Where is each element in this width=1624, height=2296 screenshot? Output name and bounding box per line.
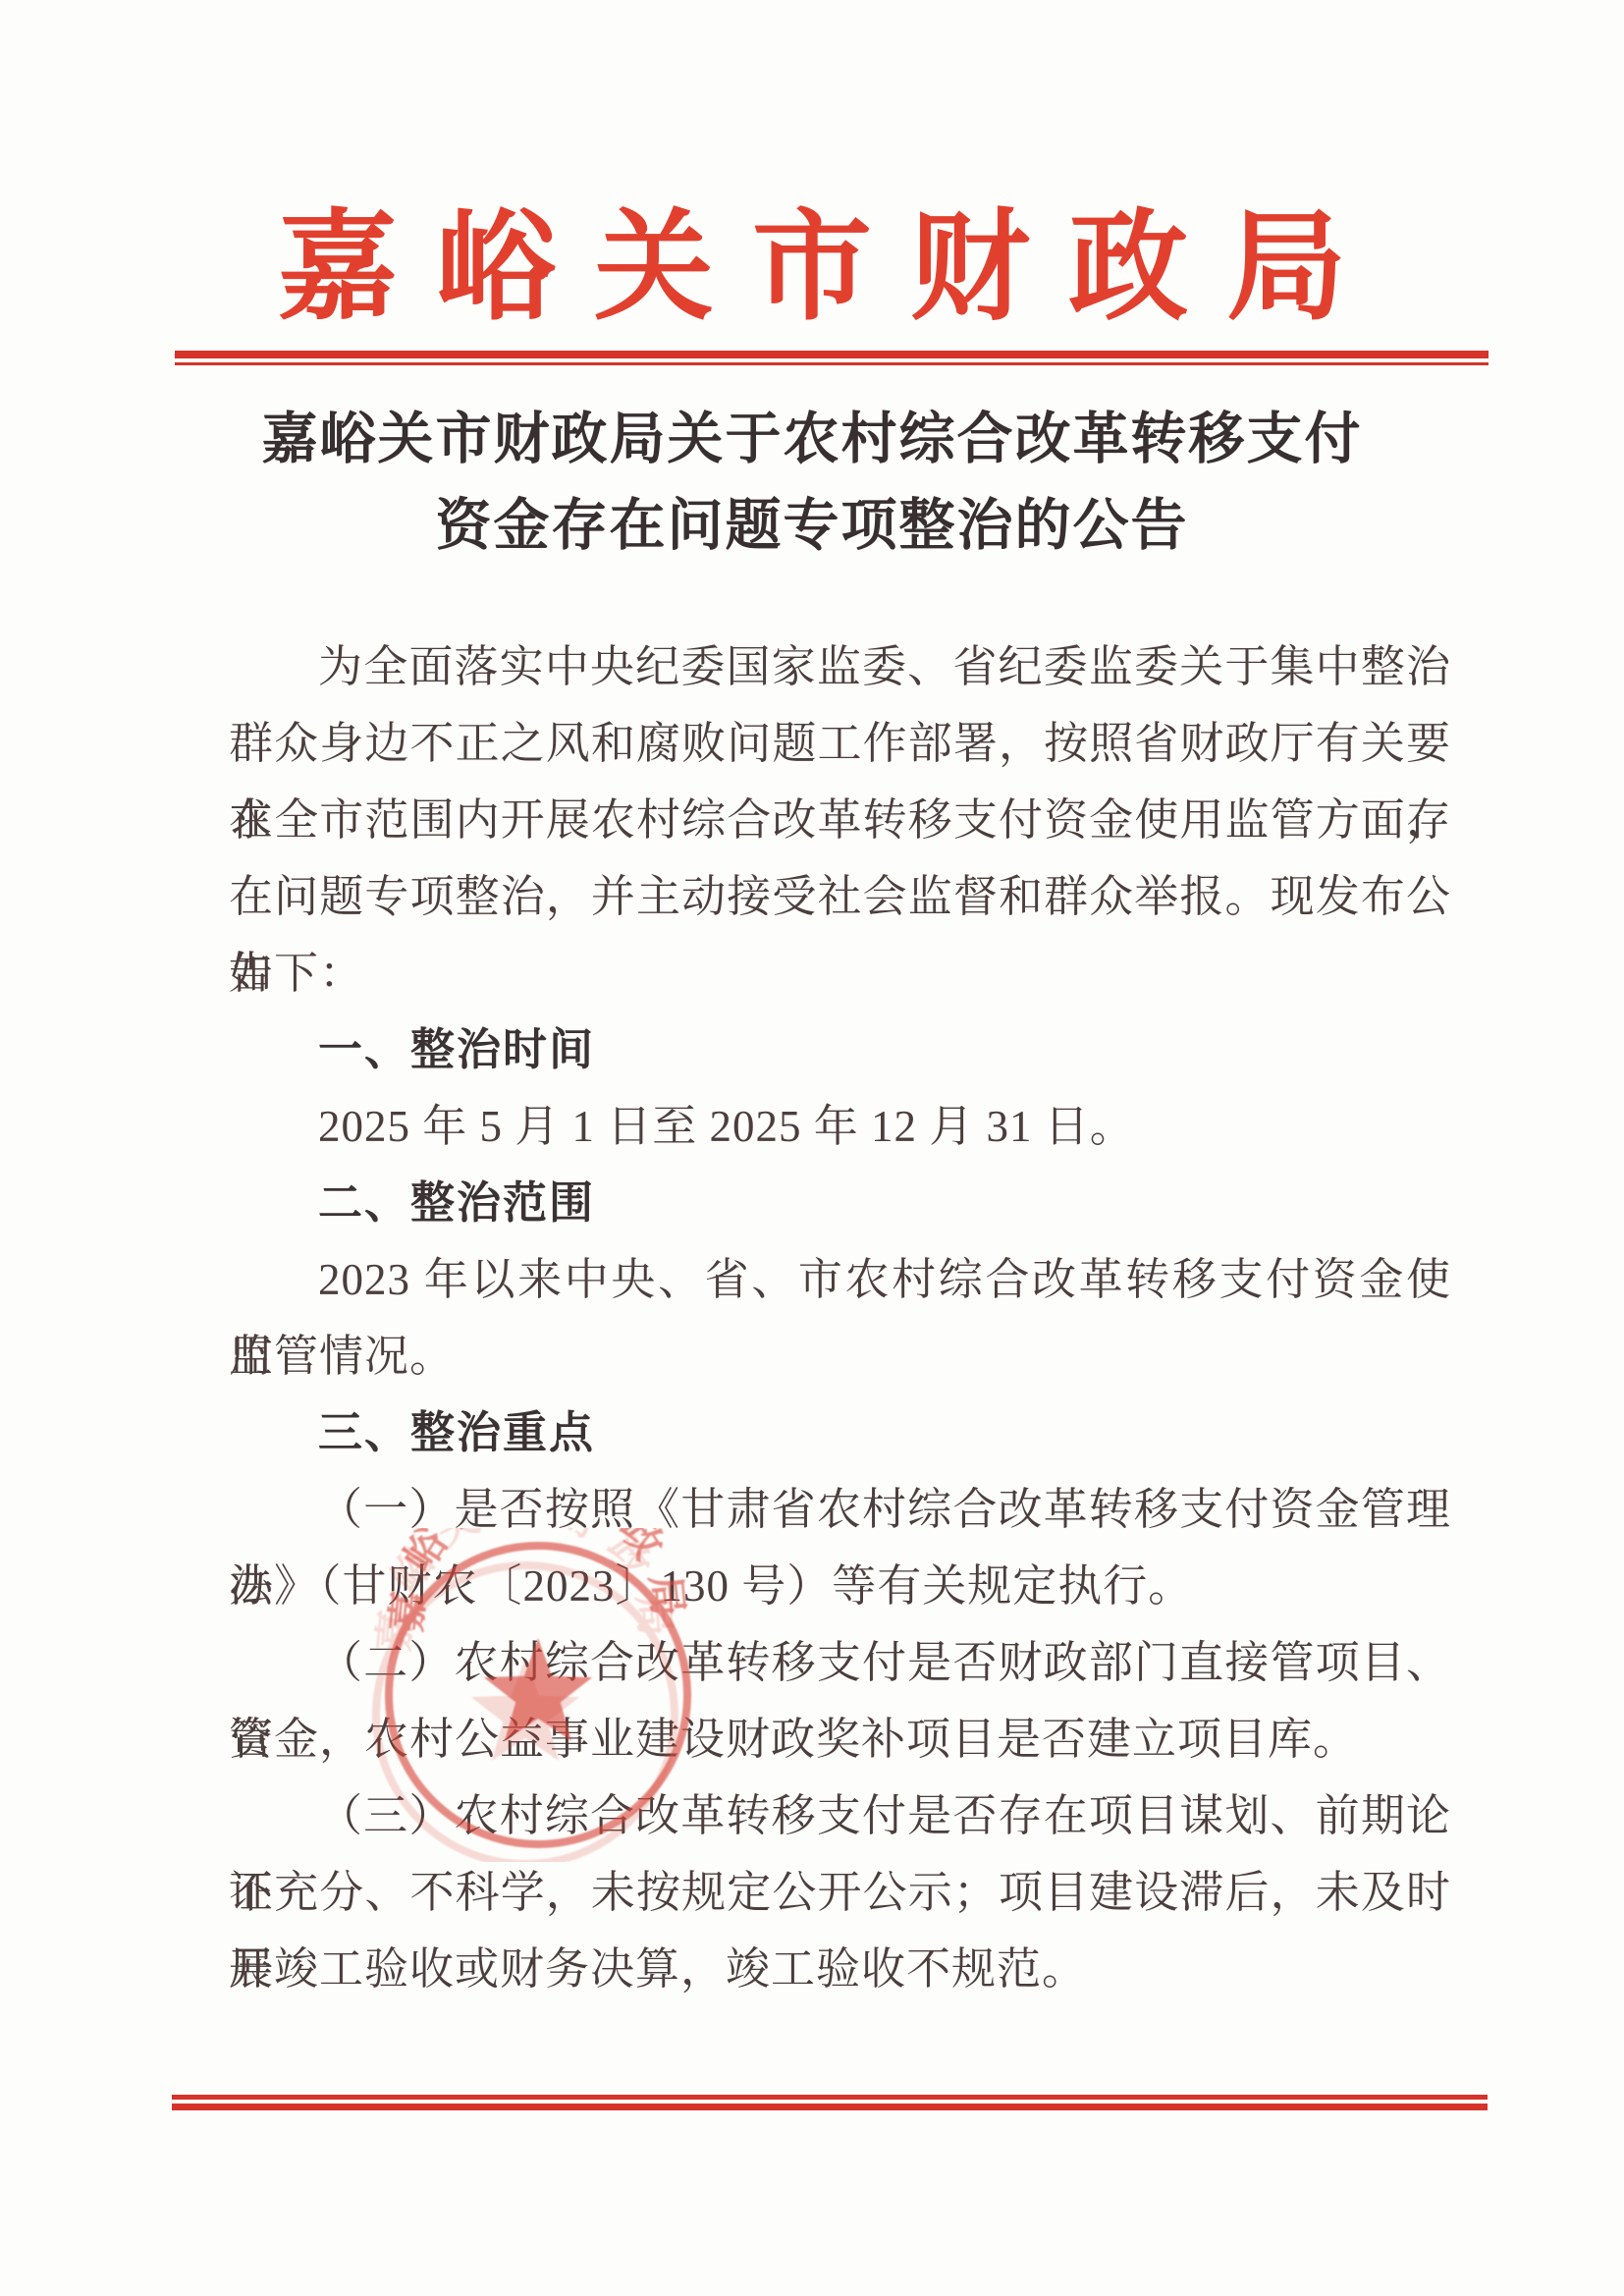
masthead-rule [175, 351, 1489, 365]
section-heading: 三、整治重点 [229, 1394, 1451, 1471]
footer-rule [172, 2095, 1488, 2110]
body-line: 监管情况。 [229, 1318, 1451, 1394]
body-line: 群众身边不正之风和腐败问题工作部署，按照省财政厅有关要求， [229, 705, 1451, 782]
body-line: 在问题专项整治，并主动接受社会监督和群众举报。现发布公告 [229, 858, 1451, 935]
document-page: 嘉峪关市财政局 嘉峪关市财政局关于农村综合改革转移支付 资金存在问题专项整治的公… [0, 0, 1624, 2296]
agency-masthead: 嘉峪关市财政局 [0, 198, 1624, 340]
body-line: 展竣工验收或财务决算，竣工验收不规范。 [229, 1931, 1451, 2007]
body-line: 为全面落实中央纪委国家监委、省纪委监委关于集中整治 [229, 629, 1451, 705]
body-line: 资金，农村公益事业建设财政奖补项目是否建立项目库。 [229, 1701, 1451, 1777]
section-heading: 二、整治范围 [229, 1165, 1451, 1241]
masthead-rule-thin [175, 362, 1489, 365]
body-line: （一）是否按照《甘肃省农村综合改革转移支付资金管理办 [229, 1471, 1451, 1548]
document-title-line1: 嘉峪关市财政局关于农村综合改革转移支付 [0, 397, 1624, 483]
body-line: 如下： [229, 935, 1451, 1011]
body-line: 2023 年以来中央、省、市农村综合改革转移支付资金使用 [229, 1241, 1451, 1318]
body-line: （二）农村综合改革转移支付是否财政部门直接管项目、管 [229, 1624, 1451, 1701]
document-title: 嘉峪关市财政局关于农村综合改革转移支付 资金存在问题专项整治的公告 [0, 397, 1624, 570]
masthead-rule-thick [175, 351, 1489, 358]
body-line: 在全市范围内开展农村综合改革转移支付资金使用监管方面存 [229, 782, 1451, 858]
body-line: 2025 年 5 月 1 日至 2025 年 12 月 31 日。 [229, 1088, 1451, 1165]
section-heading: 一、整治时间 [229, 1011, 1451, 1088]
document-body: 为全面落实中央纪委国家监委、省纪委监委关于集中整治群众身边不正之风和腐败问题工作… [229, 629, 1451, 2007]
body-line: 不充分、不科学，未按规定公开公示；项目建设滞后，未及时开 [229, 1854, 1451, 1931]
body-line: （三）农村综合改革转移支付是否存在项目谋划、前期论证 [229, 1777, 1451, 1854]
footer-rule-thick [172, 2104, 1488, 2110]
document-title-line2: 资金存在问题专项整治的公告 [0, 483, 1624, 570]
body-line: 法》（甘财农〔2023〕130 号）等有关规定执行。 [229, 1548, 1451, 1624]
